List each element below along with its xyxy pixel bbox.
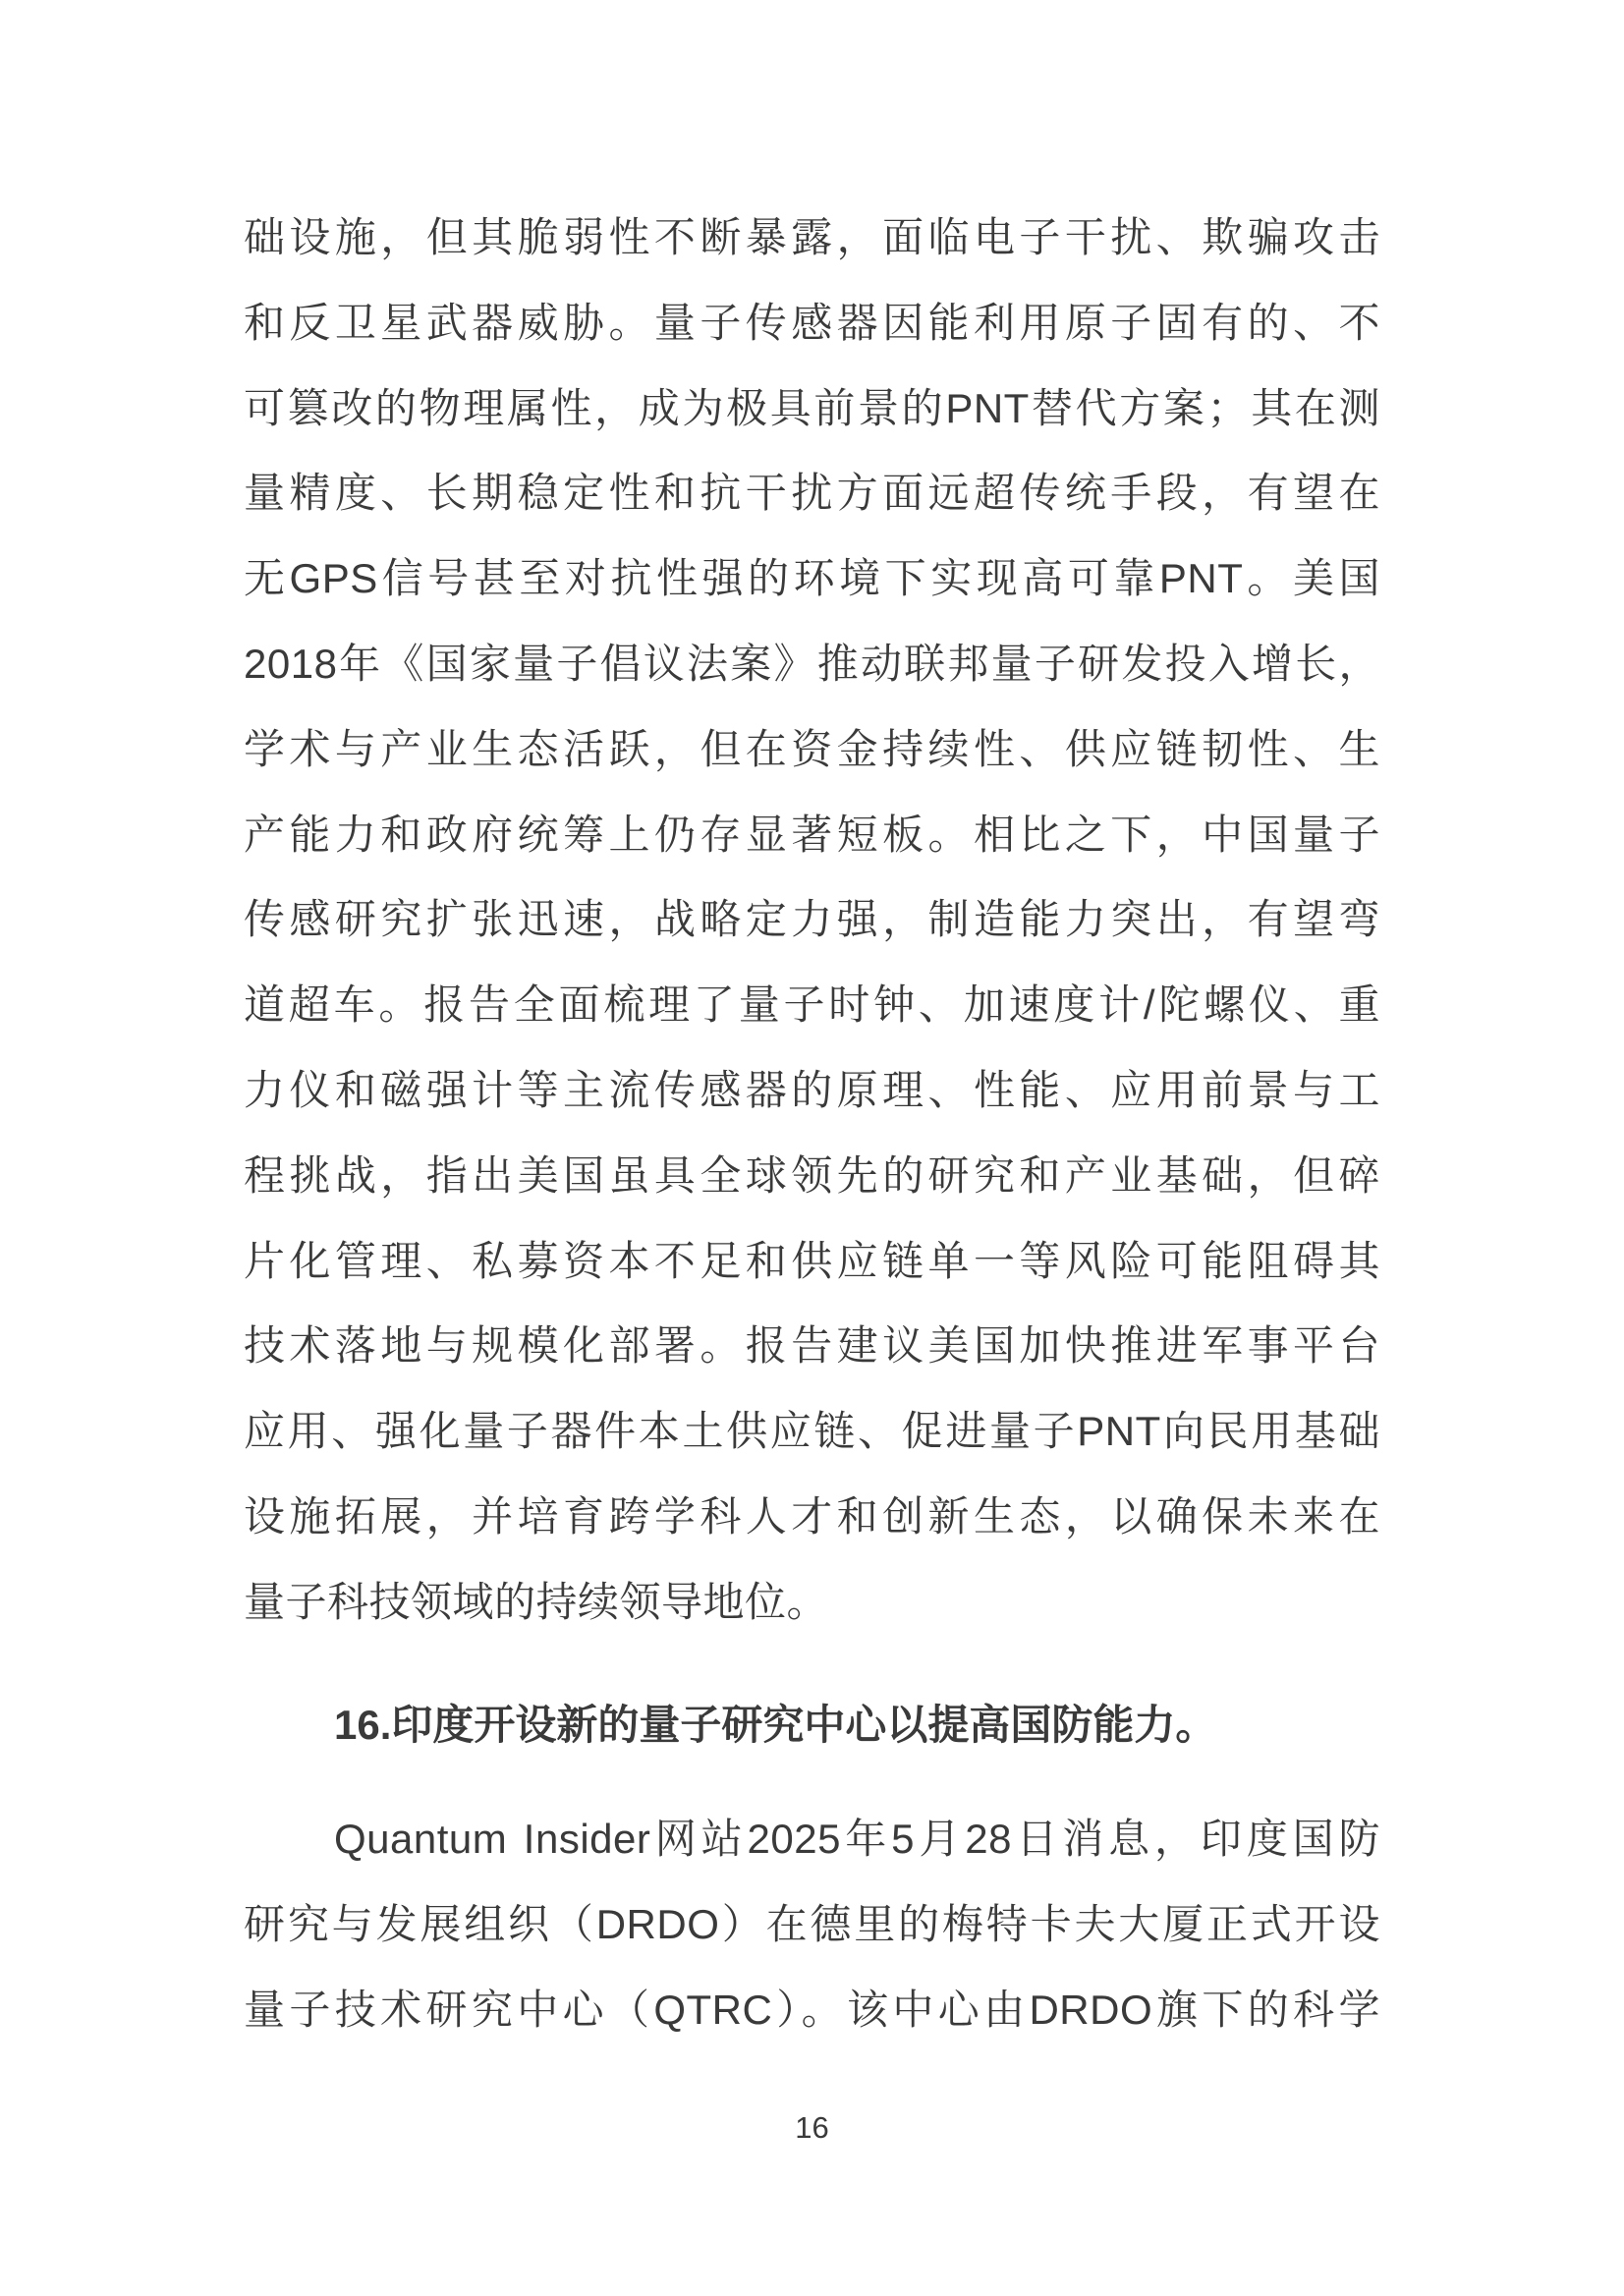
body-line: 片化管理、私募资本不足和供应链单一等风险可能阻碍其 bbox=[244, 1219, 1380, 1305]
paragraph-summary: 础设施，但其脆弱性不断暴露，面临电子干扰、欺骗攻击 和反卫星武器威胁。量子传感器… bbox=[244, 196, 1380, 1646]
body-line: 和反卫星武器威胁。量子传感器因能利用原子固有的、不 bbox=[244, 281, 1380, 366]
body-line: 2018年《国家量子倡议法案》推动联邦量子研发投入增长， bbox=[244, 622, 1380, 707]
section-heading: 16.印度开设新的量子研究中心以提高国防能力。 bbox=[244, 1682, 1380, 1767]
body-line: 量精度、长期稳定性和抗干扰方面远超传统手段，有望在 bbox=[244, 451, 1380, 536]
body-line: 学术与产业生态活跃，但在资金持续性、供应链韧性、生 bbox=[244, 707, 1380, 793]
body-line: 传感研究扩张迅速，战略定力强，制造能力突出，有望弯 bbox=[244, 877, 1380, 963]
body-line: 设施拓展，并培育跨学科人才和创新生态，以确保未来在 bbox=[244, 1475, 1380, 1560]
body-line: 道超车。报告全面梳理了量子时钟、加速度计/陀螺仪、重 bbox=[244, 963, 1380, 1048]
body-line: 力仪和磁强计等主流传感器的原理、性能、应用前景与工 bbox=[244, 1048, 1380, 1134]
page-number: 16 bbox=[0, 2108, 1624, 2148]
body-line: 础设施，但其脆弱性不断暴露，面临电子干扰、欺骗攻击 bbox=[244, 196, 1380, 281]
document-page: 础设施，但其脆弱性不断暴露，面临电子干扰、欺骗攻击 和反卫星武器威胁。量子传感器… bbox=[0, 0, 1624, 2296]
body-line: 可篡改的物理属性，成为极具前景的PNT替代方案；其在测 bbox=[244, 366, 1380, 452]
body-line: 量子科技领域的持续领导地位。 bbox=[244, 1560, 1380, 1646]
paragraph-news-item: Quantum Insider网站2025年5月28日消息，印度国防 研究与发展… bbox=[244, 1797, 1380, 2052]
body-line: 技术落地与规模化部署。报告建议美国加快推进军事平台 bbox=[244, 1304, 1380, 1389]
body-line: 产能力和政府统筹上仍存显著短板。相比之下，中国量子 bbox=[244, 793, 1380, 878]
body-line: 应用、强化量子器件本土供应链、促进量子PNT向民用基础 bbox=[244, 1389, 1380, 1475]
body-line: 程挑战，指出美国虽具全球领先的研究和产业基础，但碎 bbox=[244, 1134, 1380, 1219]
body-line: 无GPS信号甚至对抗性强的环境下实现高可靠PNT。美国 bbox=[244, 536, 1380, 622]
body-line: 量子技术研究中心（QTRC）。该中心由DRDO旗下的科学 bbox=[244, 1968, 1380, 2053]
body-line: Quantum Insider网站2025年5月28日消息，印度国防 bbox=[244, 1797, 1380, 1882]
body-line: 研究与发展组织（DRDO）在德里的梅特卡夫大厦正式开设 bbox=[244, 1882, 1380, 1968]
